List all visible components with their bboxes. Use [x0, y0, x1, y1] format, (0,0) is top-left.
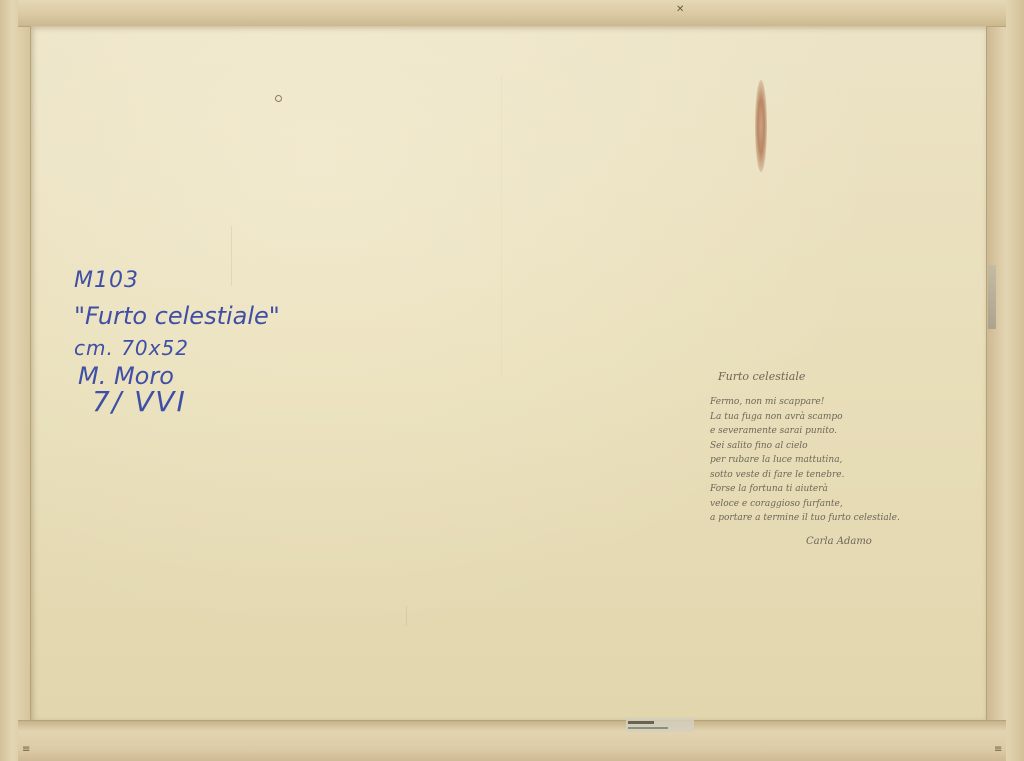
inscription-code: M103	[74, 270, 314, 292]
bottom-sticker-label	[626, 718, 694, 732]
inscription-size: cm. 70x52	[74, 338, 314, 358]
staple-icon: ≡	[994, 744, 1004, 754]
staple-icon: ≡	[22, 744, 32, 754]
poem-line: a portare a termine il tuo furto celesti…	[710, 511, 940, 526]
poem-line: Forse la fortuna ti aiuterà	[710, 482, 940, 497]
frame-rail-right	[986, 0, 1024, 761]
frame-rail-bottom	[18, 720, 1006, 761]
label-text-line	[628, 727, 668, 729]
poem-title: Furto celestiale	[718, 370, 940, 383]
frame-rail-top	[18, 0, 1006, 27]
staple-icon: ✕	[676, 4, 686, 14]
frame-rail-left	[0, 0, 31, 761]
side-sticker-label	[988, 265, 996, 329]
poem-line: Sei salito fino al cielo	[710, 439, 940, 454]
poem-line: veloce e coraggioso furfante,	[710, 497, 940, 512]
inscription-title: "Furto celestiale"	[74, 304, 314, 328]
poem-line: e severamente sarai punito.	[710, 424, 940, 439]
poem-line: La tua fuga non avrà scampo	[710, 410, 940, 425]
poem-line: Fermo, non mi scappare!	[710, 395, 940, 410]
blue-ink-inscription: M103 "Furto celestiale" cm. 70x52 M. Mor…	[74, 270, 314, 416]
poem-line: sotto veste di fare le tenebre.	[710, 468, 940, 483]
inscription-signature-date: 7/ VVI	[92, 388, 314, 416]
wood-knot	[755, 80, 767, 172]
poem-author-signature: Carla Adamo	[806, 536, 940, 547]
poem-line: per rubare la luce mattutina,	[710, 453, 940, 468]
pencil-poem: Furto celestiale Fermo, non mi scappare!…	[710, 370, 940, 547]
stretcher-frame: M103 "Furto celestiale" cm. 70x52 M. Mor…	[0, 0, 1024, 761]
pin-hole	[275, 95, 282, 102]
wood-grain-mark	[406, 606, 407, 626]
label-barcode-line	[628, 721, 654, 724]
wood-grain-mark	[501, 76, 502, 376]
